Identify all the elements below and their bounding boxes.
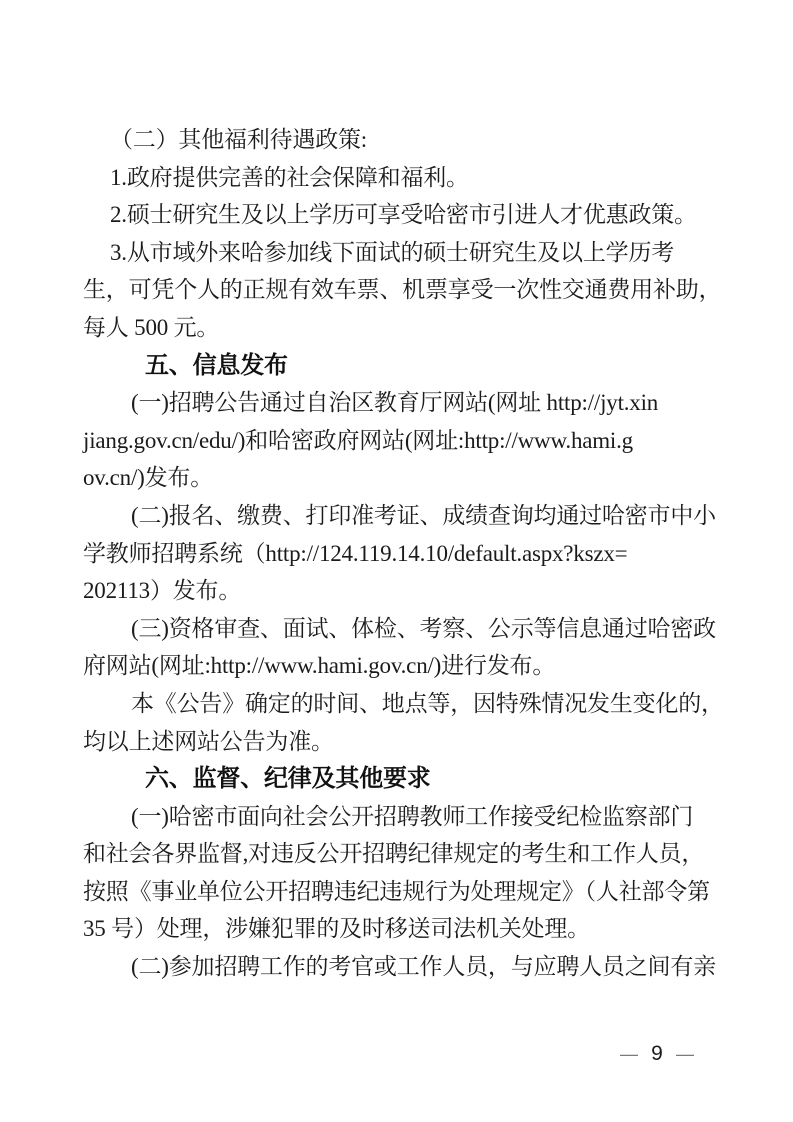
text-line: 本《公告》确定的时间、地点等，因特殊情况发生变化的， — [83, 685, 711, 723]
text-line: (二)参加招聘工作的考官或工作人员，与应聘人员之间有亲 — [83, 948, 711, 986]
text-line: (三)资格审查、面试、体检、考察、公示等信息通过哈密政 — [83, 610, 711, 648]
text-line: ov.cn/)发布。 — [83, 459, 711, 497]
text-line: 和社会各界监督,对违反公开招聘纪律规定的考生和工作人员， — [83, 835, 711, 873]
text-line: 每人 500 元。 — [83, 309, 711, 347]
page-number-dash-right: — — [676, 1044, 694, 1065]
section-heading: 五、信息发布 — [83, 347, 711, 385]
document-page: （二）其他福利待遇政策:1.政府提供完善的社会保障和福利。2.硕士研究生及以上学… — [0, 0, 793, 1122]
text-line: (一)哈密市面向社会公开招聘教师工作接受纪检监察部门 — [83, 798, 711, 836]
document-body: （二）其他福利待遇政策:1.政府提供完善的社会保障和福利。2.硕士研究生及以上学… — [83, 121, 711, 986]
text-line: 1.政府提供完善的社会保障和福利。 — [83, 159, 711, 197]
text-line: jiang.gov.cn/edu/)和哈密政府网站(网址:http://www.… — [83, 422, 711, 460]
text-line: (二)报名、缴费、打印准考证、成绩查询均通过哈密市中小 — [83, 497, 711, 535]
text-line: 生，可凭个人的正规有效车票、机票享受一次性交通费用补助， — [83, 271, 711, 309]
text-line: 均以上述网站公告为准。 — [83, 723, 711, 761]
text-line: 2.硕士研究生及以上学历可享受哈密市引进人才优惠政策。 — [83, 196, 711, 234]
text-line: 学教师招聘系统（http://124.119.14.10/default.asp… — [83, 535, 711, 573]
text-line: (一)招聘公告通过自治区教育厅网站(网址 http://jyt.xin — [83, 384, 711, 422]
section-heading: 六、监督、纪律及其他要求 — [83, 760, 711, 798]
page-number: — 9 — — [620, 1042, 694, 1066]
text-line: 202113）发布。 — [83, 572, 711, 610]
text-line: 35 号）处理，涉嫌犯罪的及时移送司法机关处理。 — [83, 910, 711, 948]
page-number-dash-left: — — [620, 1044, 638, 1065]
text-line: 3.从市域外来哈参加线下面试的硕士研究生及以上学历考 — [83, 234, 711, 272]
page-number-value: 9 — [651, 1042, 663, 1066]
text-line: 按照《事业单位公开招聘违纪违规行为处理规定》（人社部令第 — [83, 873, 711, 911]
text-line: 府网站(网址:http://www.hami.gov.cn/)进行发布。 — [83, 647, 711, 685]
text-line: （二）其他福利待遇政策: — [83, 121, 711, 159]
